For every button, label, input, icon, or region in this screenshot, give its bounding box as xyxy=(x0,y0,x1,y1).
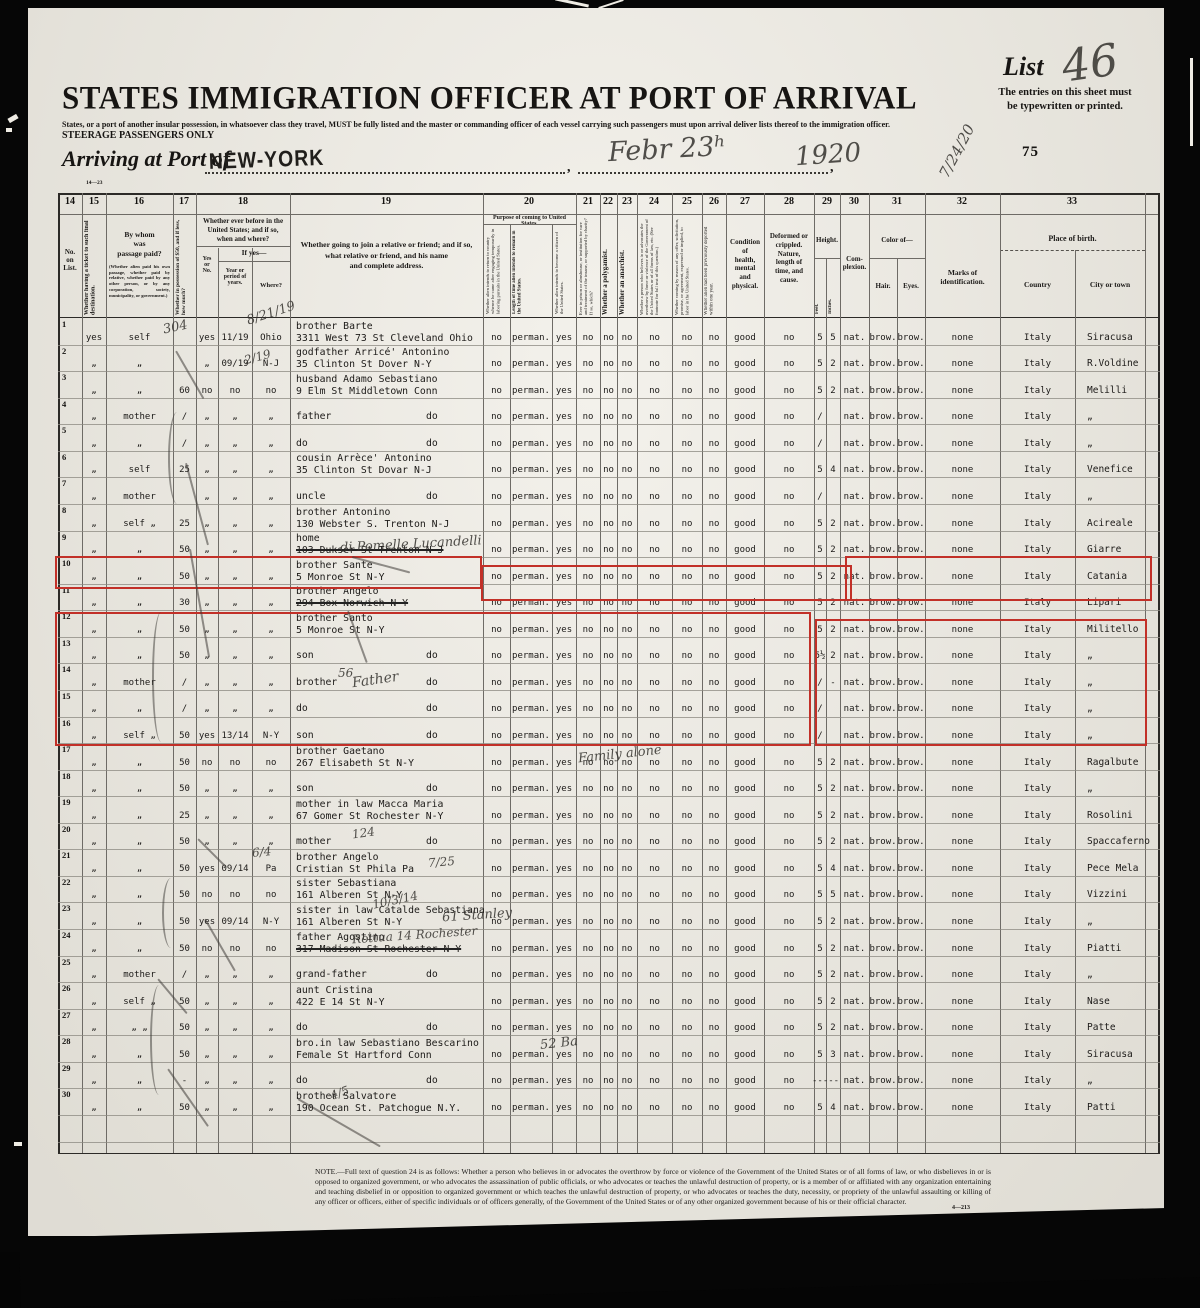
cell-c22: no xyxy=(600,545,617,555)
cell-c18yr: „ xyxy=(218,1103,252,1113)
cell-hi: 2 xyxy=(826,758,840,768)
cell-relative-name: sister Sebastiana xyxy=(296,878,486,889)
cell-c18yr: „ xyxy=(218,811,252,821)
cell-c31h: brow. xyxy=(869,386,897,396)
cell-c31h: brow. xyxy=(869,1076,897,1086)
cell-c24: no xyxy=(637,359,672,369)
col-header-anarchist: Whether an anarchist. xyxy=(619,218,635,315)
cell-c33c: Italy xyxy=(1000,386,1075,396)
cell-birth-city: „ xyxy=(1087,411,1157,422)
cell-c18yr: 09/14 xyxy=(218,917,252,927)
cell-c33c: Italy xyxy=(1000,758,1075,768)
cell-c32: none xyxy=(925,439,1000,449)
cell-c31e: brow. xyxy=(897,1050,925,1060)
cell-c26: no xyxy=(702,970,726,980)
cell-c31h: brow. xyxy=(869,439,897,449)
cell-hi: 2 xyxy=(826,784,840,794)
cell-relative-address: 267 Elisabeth St N-Y xyxy=(296,758,540,769)
cell-c31e: brow. xyxy=(897,1076,925,1086)
table-row: 22„„50nonononoperman.yesnonononononogood… xyxy=(58,876,1160,903)
cell-c18w: Pa xyxy=(252,864,290,874)
cell-c27: good xyxy=(726,784,764,794)
cell-c18y: „ xyxy=(196,492,218,502)
col-num-18: 18 xyxy=(228,196,258,207)
cell-c16: „ xyxy=(106,758,173,768)
cell-c23: no xyxy=(617,465,637,475)
cell-c21: no xyxy=(576,944,600,954)
cell-c18y: „ xyxy=(196,1050,218,1060)
cell-c18y: „ xyxy=(196,1076,218,1086)
cell-c18w: „ xyxy=(252,970,290,980)
cell-c26: no xyxy=(702,333,726,343)
cell-c26: no xyxy=(702,997,726,1007)
col-header-where: Where? xyxy=(252,282,290,289)
col-header-city: City or town xyxy=(1075,280,1145,289)
cell-c31e: brow. xyxy=(897,864,925,874)
cell-c32: none xyxy=(925,1103,1000,1113)
cell-c15: „ xyxy=(82,917,106,927)
cell-birth-city: Patti xyxy=(1087,1102,1157,1113)
cell-c27: good xyxy=(726,465,764,475)
cell-c20c: yes xyxy=(552,917,576,927)
cell-c31h: brow. xyxy=(869,864,897,874)
row-number: 3 xyxy=(62,372,66,382)
cell-c30: nat. xyxy=(840,412,869,422)
cell-c16: self xyxy=(106,333,173,343)
cell-c31h: brow. xyxy=(869,1023,897,1033)
cell-c26: no xyxy=(702,864,726,874)
cell-c32: none xyxy=(925,519,1000,529)
cell-c30: nat. xyxy=(840,784,869,794)
col-header-country: Country xyxy=(1000,280,1075,289)
cell-c15: „ xyxy=(82,837,106,847)
cell-relative-ditto: do xyxy=(426,438,466,449)
cell-c21: no xyxy=(576,519,600,529)
cell-relative-name: godfather Arricé' Antonino xyxy=(296,347,486,358)
cell-c21: no xyxy=(576,492,600,502)
cell-c18w: „ xyxy=(252,598,290,608)
cell-c21: no xyxy=(576,1076,600,1086)
scan-speck-6 xyxy=(1190,58,1193,146)
cell-c24: no xyxy=(637,545,672,555)
cell-c16: „ xyxy=(106,944,173,954)
cell-relative-address: 422 E 14 St N-Y xyxy=(296,997,540,1008)
cell-c26: no xyxy=(702,1076,726,1086)
cell-c33c: Italy xyxy=(1000,359,1075,369)
cell-c28: no xyxy=(764,1076,814,1086)
cell-c28: no xyxy=(764,997,814,1007)
handwriting-1: 46 xyxy=(1059,34,1122,92)
cell-c22: no xyxy=(600,465,617,475)
cell-c28: no xyxy=(764,1023,814,1033)
cell-c20a: no xyxy=(483,492,510,502)
cell-c26: no xyxy=(702,1050,726,1060)
rule-under-ever-us xyxy=(196,246,290,247)
cell-c25: no xyxy=(672,811,702,821)
cell-c18yr: „ xyxy=(218,1023,252,1033)
cell-c27: good xyxy=(726,1103,764,1113)
cell-c21: no xyxy=(576,359,600,369)
cell-c27: good xyxy=(726,333,764,343)
cell-c20a: no xyxy=(483,837,510,847)
cell-c24: no xyxy=(637,970,672,980)
cell-c15: „ xyxy=(82,1076,106,1086)
cell-hi: 2 xyxy=(826,970,840,980)
cell-c30: nat. xyxy=(840,465,869,475)
row-number: 18 xyxy=(62,771,71,781)
col-header-no-on-list: No. on List. xyxy=(58,248,82,272)
cell-c28: no xyxy=(764,811,814,821)
cell-c23: no xyxy=(617,811,637,821)
cell-c26: no xyxy=(702,917,726,927)
cell-c15: „ xyxy=(82,864,106,874)
cell-c32: none xyxy=(925,864,1000,874)
cell-c25: no xyxy=(672,1023,702,1033)
cell-c33c: Italy xyxy=(1000,412,1075,422)
cell-c30: nat. xyxy=(840,386,869,396)
cell-c31h: brow. xyxy=(869,412,897,422)
cell-c18yr: „ xyxy=(218,1076,252,1086)
cell-c32: none xyxy=(925,837,1000,847)
pencil-brace-3 xyxy=(162,878,180,948)
cell-c31e: brow. xyxy=(897,1103,925,1113)
cell-c30: nat. xyxy=(840,519,869,529)
cell-hi: 2 xyxy=(826,359,840,369)
pencil-brace-4 xyxy=(150,985,168,1095)
cell-c28: no xyxy=(764,545,814,555)
cell-c23: no xyxy=(617,412,637,422)
scan-edge-left xyxy=(0,0,28,1252)
cell-c20c: yes xyxy=(552,864,576,874)
cell-c20c: yes xyxy=(552,1103,576,1113)
table-row: 30„„50„„„noperman.yesnonononononogoodno5… xyxy=(58,1088,1160,1115)
cell-c26: no xyxy=(702,890,726,900)
cell-c25: no xyxy=(672,492,702,502)
cell-c25: no xyxy=(672,545,702,555)
row-number: 30 xyxy=(62,1089,71,1099)
cell-relative-name: cousin Arrèce' Antonino xyxy=(296,453,486,464)
handwriting-2: Febr 23ʰ xyxy=(607,131,727,168)
cell-c31e: brow. xyxy=(897,439,925,449)
cell-c18w: N-Y xyxy=(252,917,290,927)
cell-c16: „ xyxy=(106,864,173,874)
cell-c15: „ xyxy=(82,359,106,369)
cell-c33c: Italy xyxy=(1000,784,1075,794)
table-row: 25„mother/„„„noperman.yesnonononononogoo… xyxy=(58,956,1160,983)
cell-c20b: perman. xyxy=(510,970,552,980)
cell-c24: no xyxy=(637,386,672,396)
col-header-height: Height. xyxy=(814,236,840,244)
cell-c33c: Italy xyxy=(1000,970,1075,980)
cell-c15: „ xyxy=(82,784,106,794)
cell-hi: 2 xyxy=(826,997,840,1007)
cell-c17: 50 xyxy=(173,944,196,954)
cell-c16: mother xyxy=(106,412,173,422)
cell-c23: no xyxy=(617,519,637,529)
cell-c15: „ xyxy=(82,492,106,502)
cell-c28: no xyxy=(764,917,814,927)
col-header-ticket: Whether having a ticket to such final de… xyxy=(84,218,104,315)
cell-c30: nat. xyxy=(840,970,869,980)
row-number: 8 xyxy=(62,505,66,515)
scan-speck-3 xyxy=(14,1142,22,1146)
cell-c30: nat. xyxy=(840,1023,869,1033)
table-row: 28„„50„„„noperman.yesnonononononogoodno5… xyxy=(58,1035,1160,1062)
cell-c23: no xyxy=(617,784,637,794)
col-num-28: 28 xyxy=(774,196,804,207)
cell-hi: 5 xyxy=(826,333,840,343)
cell-birth-city: Melilli xyxy=(1087,385,1157,396)
cell-birth-city: Rosolini xyxy=(1087,810,1157,821)
col-header-length-stay: Length of time alien intends to remain i… xyxy=(512,228,550,314)
cell-c20b: perman. xyxy=(510,837,552,847)
cell-c33c: Italy xyxy=(1000,333,1075,343)
cell-c20c: yes xyxy=(552,386,576,396)
row-line-30 xyxy=(58,1115,1160,1116)
cell-relative-address: 9 Elm St Middletown Conn xyxy=(296,386,540,397)
col-header-if-yes: If yes— xyxy=(218,248,290,257)
cell-birth-city: Nase xyxy=(1087,996,1157,1007)
cell-c20c: yes xyxy=(552,970,576,980)
table-rule-under-numbers xyxy=(58,214,1160,215)
cell-c24: no xyxy=(637,944,672,954)
col-num-30: 30 xyxy=(839,196,869,207)
cell-c22: no xyxy=(600,1103,617,1113)
cell-c30: nat. xyxy=(840,359,869,369)
cell-c21: no xyxy=(576,917,600,927)
cell-c24: no xyxy=(637,439,672,449)
cell-c30: nat. xyxy=(840,492,869,502)
cell-c31h: brow. xyxy=(869,545,897,555)
cell-c18y: no xyxy=(196,890,218,900)
table-row: 6„self25„„„noperman.yesnonononononogoodn… xyxy=(58,451,1160,478)
row-number: 21 xyxy=(62,850,71,860)
cell-c23: no xyxy=(617,1103,637,1113)
cell-c31e: brow. xyxy=(897,890,925,900)
cell-birth-city: Vizzini xyxy=(1087,889,1157,900)
col-header-yes-no: Yes or No. xyxy=(197,256,217,274)
cell-c21: no xyxy=(576,386,600,396)
cell-c28: no xyxy=(764,465,814,475)
col-header-by-whom-paid: By whom was passage paid? xyxy=(107,230,172,258)
cell-c22: no xyxy=(600,997,617,1007)
cell-c18yr: no xyxy=(218,890,252,900)
cell-c20c: yes xyxy=(552,545,576,555)
cell-c32: none xyxy=(925,1076,1000,1086)
cell-c22: no xyxy=(600,412,617,422)
cell-c31e: brow. xyxy=(897,492,925,502)
cell-c18yr: „ xyxy=(218,412,252,422)
table-row: 8„self „25„„„noperman.yesnonononononogoo… xyxy=(58,504,1160,531)
row-number: 5 xyxy=(62,425,66,435)
cell-c30: nat. xyxy=(840,1076,869,1086)
cell-c21: no xyxy=(576,811,600,821)
cell-c30: nat. xyxy=(840,997,869,1007)
cell-c21: no xyxy=(576,1103,600,1113)
cell-c20c: yes xyxy=(552,890,576,900)
cell-c26: no xyxy=(702,465,726,475)
cell-c31e: brow. xyxy=(897,412,925,422)
cell-c16: mother xyxy=(106,492,173,502)
cell-c15: „ xyxy=(82,944,106,954)
cell-c21: no xyxy=(576,1050,600,1060)
cell-c17: 50 xyxy=(173,758,196,768)
cell-c16: „ xyxy=(106,1103,173,1113)
cell-relative-address: 35 Clinton St Dovar N-J xyxy=(296,465,540,476)
cell-c22: no xyxy=(600,359,617,369)
cell-c26: no xyxy=(702,545,726,555)
cell-c27: good xyxy=(726,519,764,529)
cell-c25: no xyxy=(672,359,702,369)
cell-c18yr: 11/19 xyxy=(218,333,252,343)
cell-c22: no xyxy=(600,970,617,980)
table-frame-bottom xyxy=(58,1153,1160,1154)
cell-c22: no xyxy=(600,519,617,529)
cell-birth-city: Ragalbute xyxy=(1087,757,1157,768)
cell-c32: none xyxy=(925,386,1000,396)
cell-c20b: perman. xyxy=(510,412,552,422)
cell-birth-city: Venefice xyxy=(1087,464,1157,475)
cell-c15: „ xyxy=(82,1050,106,1060)
cell-hf: / xyxy=(812,412,828,422)
pencil-brace-2 xyxy=(152,612,170,742)
cell-c15: „ xyxy=(82,386,106,396)
cell-c18w: Ohio xyxy=(252,333,290,343)
cell-c20a: no xyxy=(483,1076,510,1086)
col-header-purpose: Purpose of coming to United States. xyxy=(484,215,575,227)
cell-c18yr: „ xyxy=(218,784,252,794)
cell-c21: no xyxy=(576,1023,600,1033)
cell-relative-name: brother Gaetano xyxy=(296,746,486,757)
row-number: 27 xyxy=(62,1010,71,1020)
cell-birth-city: Piatti xyxy=(1087,943,1157,954)
cell-relative-name: mother in law Macca Maria xyxy=(296,799,486,810)
cell-c18yr: „ xyxy=(218,970,252,980)
cell-c20c: yes xyxy=(552,811,576,821)
col-num-32: 32 xyxy=(947,196,977,207)
footer-form-code: 4—213 xyxy=(952,1205,970,1211)
cell-hi: 2 xyxy=(826,944,840,954)
cell-c16: „ xyxy=(106,359,173,369)
cell-c32: none xyxy=(925,758,1000,768)
cell-c33c: Italy xyxy=(1000,1076,1075,1086)
cell-c31h: brow. xyxy=(869,784,897,794)
cell-c33c: Italy xyxy=(1000,545,1075,555)
steerage-label: STEERAGE PASSENGERS ONLY xyxy=(62,130,214,141)
cell-relative-name: brother Antonino xyxy=(296,507,486,518)
cell-c16: mother xyxy=(106,970,173,980)
row-number: 25 xyxy=(62,957,71,967)
cell-birth-city: „ xyxy=(1087,438,1157,449)
cell-c25: no xyxy=(672,758,702,768)
rule-under-birthplace xyxy=(1000,250,1145,251)
cell-c33c: Italy xyxy=(1000,837,1075,847)
cell-relative-address: 35 Clinton St Dover N-Y xyxy=(296,359,540,370)
cell-c25: no xyxy=(672,333,702,343)
cell-c18w: „ xyxy=(252,465,290,475)
cell-birth-city: „ xyxy=(1087,491,1157,502)
cell-c15: „ xyxy=(82,997,106,1007)
cell-c18w: no xyxy=(252,758,290,768)
cell-c18yr: „ xyxy=(218,997,252,1007)
cell-c18y: „ xyxy=(196,997,218,1007)
col-num-16: 16 xyxy=(124,196,154,207)
comma-1: , xyxy=(567,160,571,176)
cell-c23: no xyxy=(617,439,637,449)
cell-c18yr: „ xyxy=(218,519,252,529)
intro-text: States, or a port of another insular pos… xyxy=(62,120,1162,129)
red-highlight-box-5 xyxy=(815,619,1147,746)
cell-c22: no xyxy=(600,837,617,847)
pencil-brace-1 xyxy=(168,412,186,504)
cell-c32: none xyxy=(925,784,1000,794)
table-row: 27„„ „50„„„noperman.yesnonononononogoodn… xyxy=(58,1009,1160,1036)
cell-c15: „ xyxy=(82,758,106,768)
cell-c24: no xyxy=(637,412,672,422)
col-header-money: Whether in possession of $50, and if les… xyxy=(175,218,194,315)
cell-c26: no xyxy=(702,1023,726,1033)
row-number: 29 xyxy=(62,1063,71,1073)
cell-c18w: „ xyxy=(252,784,290,794)
cell-c33c: Italy xyxy=(1000,1103,1075,1113)
cell-c32: none xyxy=(925,890,1000,900)
cell-c23: no xyxy=(617,837,637,847)
col-num-20: 20 xyxy=(514,196,544,207)
cell-c22: no xyxy=(600,917,617,927)
cell-c32: none xyxy=(925,917,1000,927)
row-number: 28 xyxy=(62,1036,71,1046)
cell-c25: no xyxy=(672,864,702,874)
cell-c27: good xyxy=(726,439,764,449)
cell-c31h: brow. xyxy=(869,519,897,529)
cell-c21: no xyxy=(576,864,600,874)
cell-c21: no xyxy=(576,333,600,343)
cell-c30: nat. xyxy=(840,1050,869,1060)
cell-hi: 2 xyxy=(826,917,840,927)
cell-relative-name: bro.in law Sebastiano Bescarino xyxy=(296,1038,486,1049)
cell-c28: no xyxy=(764,412,814,422)
col-header-complexion: Com- plexion. xyxy=(841,255,868,271)
cell-c31e: brow. xyxy=(897,784,925,794)
scan-edge-bottom2 xyxy=(0,1240,1200,1252)
cell-c28: no xyxy=(764,1050,814,1060)
cell-c24: no xyxy=(637,811,672,821)
cell-c15: „ xyxy=(82,545,106,555)
cell-c31h: brow. xyxy=(869,758,897,768)
cell-relative-address: Cristian St Phila Pa xyxy=(296,864,540,875)
cell-c24: no xyxy=(637,864,672,874)
cell-c31h: brow. xyxy=(869,359,897,369)
cell-c18yr: „ xyxy=(218,598,252,608)
cell-c15: „ xyxy=(82,598,106,608)
table-row: 9„„50„„„noperman.yesnonononononogoodno52… xyxy=(58,531,1160,558)
col-header-deported: Whether alien had been previously deport… xyxy=(704,218,724,315)
row-number: 2 xyxy=(62,346,66,356)
cell-c31e: brow. xyxy=(897,1023,925,1033)
cell-c24: no xyxy=(637,492,672,502)
cell-c16: „ xyxy=(106,837,173,847)
table-row: 23„„50yes09/14N-Ynoperman.yesnononononon… xyxy=(58,902,1160,929)
cell-c22: no xyxy=(600,1050,617,1060)
cell-c18w: „ xyxy=(252,1050,290,1060)
cell-c18yr: no xyxy=(218,758,252,768)
col-num-31: 31 xyxy=(882,196,912,207)
cell-c20c: yes xyxy=(552,944,576,954)
table-row: 20„„50„„„noperman.yesnonononononogoodno5… xyxy=(58,823,1160,850)
cell-c25: no xyxy=(672,412,702,422)
cell-relative-address: 190 Ocean St. Patchogue N.Y. xyxy=(296,1103,540,1114)
cell-c15: yes xyxy=(82,333,106,343)
